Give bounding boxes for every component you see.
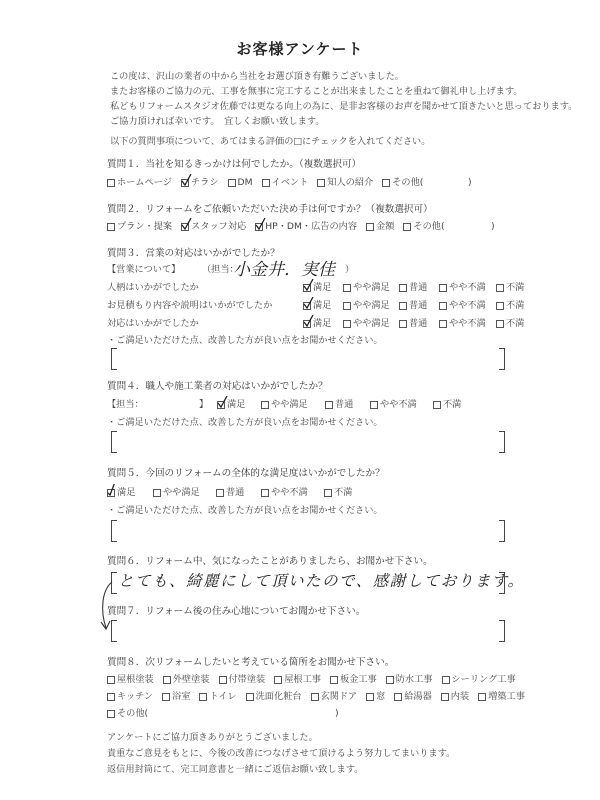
q3-row-personality-label: 人柄はいかがでしたか: [107, 282, 199, 294]
q5-rating: 満足 やや満足 普通 やや不満 不満: [107, 487, 352, 499]
q7-answer-bracket-left: [111, 620, 117, 642]
rating-satisfied[interactable]: 満足: [217, 399, 261, 411]
checkbox[interactable]: [399, 320, 407, 328]
checkbox[interactable]: [366, 223, 374, 231]
intro-line-2: またお客様のご協力の元、工事を無事に完工することが出来ましたことを重ねて御礼申し…: [110, 86, 522, 98]
rating-neutral[interactable]: 普通: [399, 282, 439, 294]
checkbox[interactable]: [439, 284, 447, 292]
intro-line-4: ご協力頂ければ幸いです。 宜しくお願い致します。: [110, 116, 324, 128]
checkbox[interactable]: [107, 179, 115, 187]
q6-answer-handwritten[interactable]: とても、綺麗にして頂いたので、感謝しております。: [118, 569, 524, 591]
checkbox[interactable]: [403, 223, 411, 231]
checkbox[interactable]: [343, 302, 351, 310]
q8-option-bathroom[interactable]: 浴室: [162, 691, 190, 703]
rating-somewhat-satisfied[interactable]: やや満足: [153, 487, 216, 499]
checkbox[interactable]: [274, 676, 282, 684]
q1-option-event[interactable]: イベント: [262, 177, 309, 189]
rating-dissatisfied[interactable]: 不満: [433, 399, 461, 411]
q2-other-close: ): [491, 221, 495, 233]
checkbox[interactable]: [216, 489, 224, 497]
q3-staff-suffix: ）: [345, 264, 354, 276]
q8-options-row-2: キッチン 浴室 トイレ 洗面化粧台 玄関ドア 窓 給湯器 内装 増築工事: [107, 691, 534, 703]
checkbox[interactable]: [219, 676, 227, 684]
rating-somewhat-dissatisfied[interactable]: やや不満: [439, 282, 496, 294]
checkbox[interactable]: [153, 489, 161, 497]
checkbox[interactable]: [386, 676, 394, 684]
q5-comment-bracket-left: [111, 520, 117, 542]
q2-option-price[interactable]: 金額: [366, 221, 394, 233]
question-4-label: 質問４．職人や施工業者の対応はいかがでしたか？: [107, 381, 328, 393]
q6-answer-bracket-right: [499, 572, 505, 594]
checkbox[interactable]: [324, 489, 332, 497]
checkbox[interactable]: [107, 710, 115, 718]
instruction-text: 以下の質問事項について、あてはまる評価の□にチェックを入れてください。: [110, 136, 430, 148]
question-1-options: ホームページ チラシ DM イベント 知人の紹介 その他(: [107, 177, 432, 189]
rating-somewhat-dissatisfied[interactable]: やや不満: [439, 318, 496, 330]
checkbox[interactable]: [433, 401, 441, 409]
q3-section-label: 【営業について】: [107, 264, 180, 276]
checkbox-checked[interactable]: [255, 223, 263, 231]
checkbox[interactable]: [330, 676, 338, 684]
checkbox[interactable]: [399, 302, 407, 310]
q4-comment-bracket-left: [111, 431, 117, 453]
rating-somewhat-satisfied[interactable]: やや満足: [343, 282, 399, 294]
q3-row-response-label: 対応はいかがでしたか: [107, 318, 199, 330]
q2-option-ads[interactable]: HP・DM・広告の内容: [255, 221, 357, 233]
question-8-label: 質問８．次リフォームしたいと考えている箇所をお聞かせ下さい。: [107, 657, 394, 669]
q4-staff-prefix: 【担当：: [107, 399, 144, 411]
q3-comment-prompt: ・ご満足いただけた点、改善した方が良い点をお聞かせください。: [107, 335, 383, 347]
checkbox[interactable]: [441, 693, 449, 701]
q4-staff-suffix: 】: [199, 399, 208, 411]
checkbox[interactable]: [496, 302, 504, 310]
q1-option-dm[interactable]: DM: [228, 177, 253, 189]
q8-option-extension[interactable]: 増築工事: [478, 691, 525, 703]
rating-somewhat-satisfied[interactable]: やや満足: [343, 318, 399, 330]
rating-neutral[interactable]: 普通: [325, 399, 370, 411]
q8-option-water-heater[interactable]: 給湯器: [394, 691, 432, 703]
q1-option-flyer[interactable]: チラシ: [181, 177, 219, 189]
question-2-label: 質問２．リフォームをご依頼いただいた決め手は何ですか？（複数選択可）: [107, 204, 433, 216]
q8-option-window[interactable]: 窓: [366, 691, 385, 703]
checkbox-checked[interactable]: [303, 302, 311, 310]
rating-satisfied[interactable]: 満足: [303, 300, 343, 312]
q2-option-staff[interactable]: スタッフ対応: [181, 221, 246, 233]
checkbox[interactable]: [228, 179, 236, 187]
q3-comment-bracket-left: [111, 348, 117, 370]
rating-satisfied[interactable]: 満足: [303, 318, 343, 330]
checkbox[interactable]: [496, 284, 504, 292]
checkbox[interactable]: [261, 401, 269, 409]
q4-comment-prompt: ・ご満足いただけた点、改善した方が良い点をお聞かせください。: [107, 417, 383, 429]
q8-option-vanity[interactable]: 洗面化粧台: [246, 691, 302, 703]
q3-comment-field[interactable]: [122, 353, 492, 367]
closing-line-1: アンケートにご協力頂きありがとうございました。: [107, 732, 318, 744]
q3-row-personality-rating: 満足 やや満足 普通 やや不満 不満: [303, 282, 524, 294]
q8-option-sheet-metal[interactable]: 板金工事: [330, 674, 377, 686]
q2-option-other[interactable]: その他(: [403, 221, 444, 233]
checkbox[interactable]: [343, 284, 351, 292]
q4-comment-field[interactable]: [122, 436, 492, 450]
checkbox-checked[interactable]: [107, 489, 115, 497]
q8-options-row-1: 屋根塗装 外壁塗装 付帯塗装 屋根工事 板金工事 防水工事 シーリング工事: [107, 674, 525, 686]
checkbox-checked[interactable]: [181, 223, 189, 231]
q8-option-kitchen[interactable]: キッチン: [107, 691, 153, 703]
rating-somewhat-satisfied[interactable]: やや満足: [261, 399, 325, 411]
q4-rating: 満足 やや満足 普通 やや不満 不満: [217, 399, 461, 411]
q8-option-roof-painting[interactable]: 屋根塗装: [107, 674, 154, 686]
checkbox[interactable]: [325, 401, 333, 409]
rating-dissatisfied[interactable]: 不満: [496, 318, 524, 330]
checkbox[interactable]: [366, 693, 374, 701]
rating-somewhat-dissatisfied[interactable]: やや不満: [370, 399, 433, 411]
intro-line-3: 私どもリフォームスタジオ佐藤では更なる向上の為に、是非お客様のお声を聞かせて頂き…: [110, 101, 577, 113]
checkbox[interactable]: [246, 693, 254, 701]
q8-option-trim-painting[interactable]: 付帯塗装: [219, 674, 266, 686]
q8-other-close: ): [335, 708, 339, 720]
q7-answer-bracket-right: [499, 620, 505, 642]
rating-satisfied[interactable]: 満足: [303, 282, 343, 294]
rating-somewhat-satisfied[interactable]: やや満足: [343, 300, 399, 312]
checkbox[interactable]: [261, 489, 269, 497]
q8-option-toilet[interactable]: トイレ: [199, 691, 236, 703]
checkbox[interactable]: [163, 676, 171, 684]
q8-option-entrance-door[interactable]: 玄関ドア: [311, 691, 357, 703]
question-1-label: 質問１．当社を知るきっかけは何でしたか。（複数選択可）: [107, 159, 361, 171]
question-6-label: 質問６．リフォーム中、気になったことがありましたら、お聞かせ下さい。: [107, 556, 433, 568]
rating-dissatisfied[interactable]: 不満: [496, 282, 524, 294]
intro-line-1: この度は、沢山の業者の中から当社をお選び頂き有難うございました。: [110, 71, 404, 83]
checkbox[interactable]: [394, 693, 402, 701]
checkbox[interactable]: [262, 179, 270, 187]
q1-option-other[interactable]: その他(: [382, 177, 423, 189]
rating-satisfied[interactable]: 満足: [107, 487, 153, 499]
checkbox[interactable]: [439, 302, 447, 310]
closing-line-3: 返信用封筒にて、完工同意書と一緒にご返信お願い致します。: [107, 764, 363, 776]
checkbox[interactable]: [442, 676, 450, 684]
checkbox-checked[interactable]: [303, 320, 311, 328]
rating-somewhat-dissatisfied[interactable]: やや不満: [439, 300, 496, 312]
q8-option-wall-painting[interactable]: 外壁塗装: [163, 674, 210, 686]
checkbox[interactable]: [107, 693, 115, 701]
q5-comment-bracket-right: [499, 520, 505, 542]
checkbox[interactable]: [382, 179, 390, 187]
checkbox[interactable]: [439, 320, 447, 328]
q4-staff-field[interactable]: [145, 399, 195, 411]
q5-comment-prompt: ・ご満足いただけた点、改善した方が良い点をお聞かせください。: [107, 505, 383, 517]
q4-comment-bracket-right: [499, 431, 505, 453]
question-7-label: 質問７．リフォーム後の住み心地についてお聞かせ下さい。: [107, 606, 365, 618]
q8-option-roof-work[interactable]: 屋根工事: [274, 674, 321, 686]
q8-option-waterproofing[interactable]: 防水工事: [386, 674, 433, 686]
q3-row-response-rating: 満足 やや満足 普通 やや不満 不満: [303, 318, 524, 330]
rating-somewhat-dissatisfied[interactable]: やや不満: [261, 487, 324, 499]
checkbox-checked[interactable]: [217, 401, 225, 409]
checkbox[interactable]: [496, 320, 504, 328]
rating-dissatisfied[interactable]: 不満: [496, 300, 524, 312]
q8-option-other[interactable]: その他(: [107, 708, 148, 720]
checkbox[interactable]: [162, 693, 170, 701]
q1-option-referral[interactable]: 知人の紹介: [317, 177, 373, 189]
q3-comment-bracket-right: [499, 348, 505, 370]
rating-neutral[interactable]: 普通: [399, 318, 439, 330]
checkbox[interactable]: [343, 320, 351, 328]
closing-line-2: 貴重なご意見をもとに、今後の改善につなげさせて頂けるよう努力してまいります。: [107, 748, 455, 760]
q2-option-plan[interactable]: プラン・提案: [107, 221, 172, 233]
q3-staff-handwritten[interactable]: 小金井．実佳: [233, 255, 335, 280]
q1-other-close: ): [468, 177, 472, 189]
rating-neutral[interactable]: 普通: [399, 300, 439, 312]
q3-row-estimate-rating: 満足 やや満足 普通 やや不満 不満: [303, 300, 524, 312]
checkbox[interactable]: [199, 693, 207, 701]
q5-comment-field[interactable]: [122, 525, 492, 539]
question-2-options: プラン・提案 スタッフ対応 HP・DM・広告の内容 金額 その他(: [107, 221, 454, 233]
q8-option-interior[interactable]: 内装: [441, 691, 469, 703]
checkbox[interactable]: [311, 693, 319, 701]
checkbox-checked[interactable]: [303, 284, 311, 292]
question-5-label: 質問５．今回のリフォームの全体的な満足度はいかがでしたか？: [107, 468, 385, 480]
q8-options-row-3: その他(: [107, 708, 157, 720]
q1-option-homepage[interactable]: ホームページ: [107, 177, 172, 189]
checkbox[interactable]: [107, 223, 115, 231]
checkbox-checked[interactable]: [181, 179, 189, 187]
checkbox[interactable]: [370, 401, 378, 409]
q3-row-estimate-label: お見積もり内容や説明はいかがでしたか: [107, 300, 272, 312]
checkbox[interactable]: [399, 284, 407, 292]
checkbox[interactable]: [317, 179, 325, 187]
rating-neutral[interactable]: 普通: [216, 487, 261, 499]
page-title: お客様アンケート: [0, 38, 600, 59]
checkbox[interactable]: [107, 676, 115, 684]
rating-dissatisfied[interactable]: 不満: [324, 487, 352, 499]
checkbox[interactable]: [478, 693, 486, 701]
q8-option-sealing[interactable]: シーリング工事: [442, 674, 516, 686]
q7-answer-field[interactable]: [122, 625, 492, 639]
